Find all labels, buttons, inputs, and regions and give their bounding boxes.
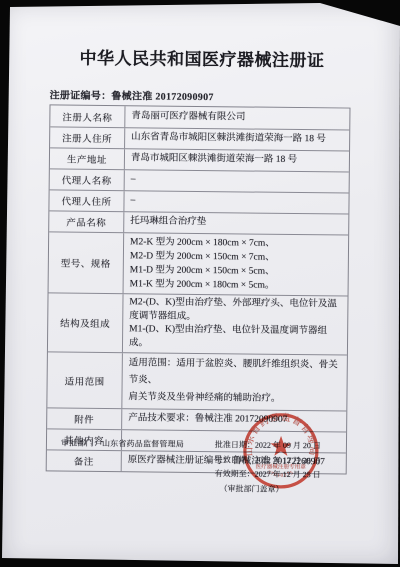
row-value: 青岛市城阳区棘洪滩街道荣海一路 18 号	[125, 149, 349, 171]
approval-date-line: 批准日期：2022 年 09 月 20 日	[215, 438, 321, 454]
table-row: 注册人住所山东省青岛市城阳区棘洪滩街道荣海一路 18 号	[50, 126, 349, 150]
row-label: 注册人名称	[50, 105, 125, 127]
table-row: 代理人名称–	[50, 168, 349, 192]
certificate-title: 中华人民共和国医疗器械注册证	[2, 43, 400, 72]
certificate-content: 中华人民共和国医疗器械注册证 注册证编号：鲁械注准 20172090907 注册…	[0, 0, 400, 567]
approval-date-line: 有效期至：2027 年 12 月 25 日	[215, 467, 321, 483]
row-value: M2-(D、K)型由治疗垫、外部理疗头、电位针及温度调节器组成。M1-(D、K)…	[123, 294, 348, 354]
row-value: 托玛琳组合治疗垫	[124, 212, 348, 234]
row-value-line: M1-(D、K)型由治疗垫、电位针及温度调节器组成。	[129, 323, 341, 352]
row-label: 生产地址	[50, 148, 125, 169]
row-label: 型号、规格	[49, 232, 125, 293]
row-value-line: –	[131, 174, 343, 190]
approval-dates: 批准日期：2022 年 09 月 20 日生效日期：2022 年 12 月 26…	[214, 438, 321, 497]
row-value: M2-K 型为 200cm × 180cm × 7cm、M2-D 型为 200c…	[124, 233, 349, 295]
row-label: 附件	[47, 408, 122, 429]
row-value-line: 产品技术要求：鲁械注准 20172090907	[128, 413, 340, 429]
table-row: 生产地址青岛市城阳区棘洪滩街道荣海一路 18 号	[50, 147, 349, 171]
table-row: 型号、规格M2-K 型为 200cm × 180cm × 7cm、M2-D 型为…	[49, 231, 349, 295]
row-label: 代理人名称	[50, 169, 125, 190]
table-row: 适用范围适用范围：适用于盆腔炎、腰肌纤维组织炎、骨关节炎、肩关节炎及坐骨神经痛的…	[47, 351, 347, 410]
approval-date-line: 生效日期：2022 年 12 月 26 日	[215, 453, 321, 469]
table-row: 结构及组成M2-(D、K)型由治疗垫、外部理疗头、电位针及温度调节器组成。M1-…	[48, 292, 348, 354]
row-label: 适用范围	[47, 352, 123, 408]
row-value-line: 适用范围：适用于盆腔炎、腰肌纤维组织炎、骨关节炎、	[129, 355, 341, 391]
certificate-number-line: 注册证编号：鲁械注准 20172090907	[50, 86, 214, 103]
row-label: 产品名称	[49, 211, 124, 232]
cert-table: 注册人名称青岛丽可医疗器械有限公司注册人住所山东省青岛市城阳区棘洪滩街道荣海一路…	[46, 104, 351, 474]
row-value: –	[124, 191, 348, 213]
row-value-line: 肩关节炎及坐骨神经痛的辅助治疗。	[128, 389, 340, 408]
row-value: 产品技术要求：鲁械注准 20172090907	[122, 409, 346, 431]
table-row: 产品名称托玛琳组合治疗垫	[49, 210, 348, 234]
row-value-line: –	[130, 195, 342, 211]
row-value: –	[125, 170, 349, 192]
row-value-line: 青岛市城阳区棘洪滩街道荣海一路 18 号	[131, 153, 343, 169]
table-row: 附件产品技术要求：鲁械注准 20172090907	[47, 407, 346, 431]
row-value-line: 青岛丽可医疗器械有限公司	[131, 110, 343, 126]
row-value-line: M2-(D、K)型由治疗垫、外部理疗头、电位针及温度调节器组成。	[129, 296, 341, 325]
row-value-line: M1-K 型为 200cm × 180cm × 5cm。	[130, 277, 342, 293]
certificate-paper: 中华人民共和国医疗器械注册证 注册证编号：鲁械注准 20172090907 注册…	[0, 0, 400, 567]
row-label: 结构及组成	[48, 293, 124, 352]
approval-date-line: （审批部门盖章）	[214, 482, 320, 498]
row-value: 适用范围：适用于盆腔炎、腰肌纤维组织炎、骨关节炎、肩关节炎及坐骨神经痛的辅助治疗…	[122, 353, 347, 410]
row-label: 备注	[47, 450, 122, 471]
row-label: 代理人住所	[49, 190, 124, 211]
table-row: 代理人住所–	[49, 189, 348, 213]
row-label: 注册人住所	[50, 127, 125, 148]
row-value-line: 山东省青岛市城阳区棘洪滩街道荣海一路 18 号	[131, 132, 343, 148]
row-value: 山东省青岛市城阳区棘洪滩街道荣海一路 18 号	[125, 128, 349, 150]
approval-department: 审批部门：山东省药品监督管理局	[61, 438, 184, 450]
row-value-line: 托玛琳组合治疗垫	[130, 216, 342, 232]
row-value: 青岛丽可医疗器械有限公司	[125, 106, 349, 129]
table-row: 注册人名称青岛丽可医疗器械有限公司	[50, 105, 349, 129]
